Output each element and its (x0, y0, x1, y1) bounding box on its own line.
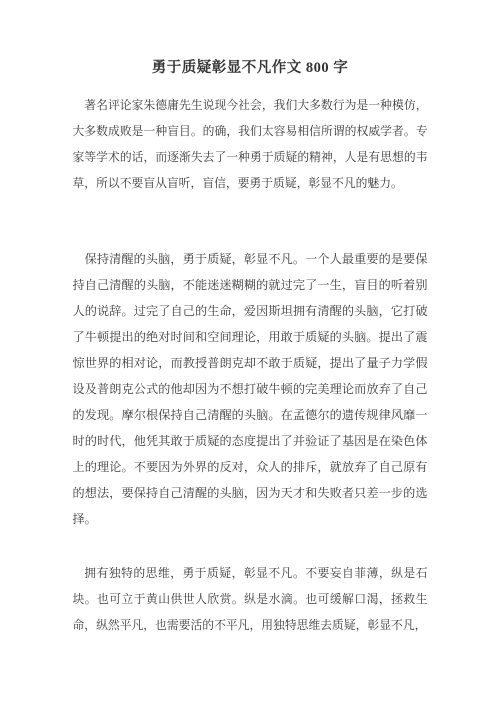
document-page: 勇于质疑彰显不凡作文 800 字 著名评论家朱德庸先生说现今社会，我们大多数行为… (0, 0, 500, 708)
essay-paragraph-body: 保持清醒的头脑，勇于质疑，彰显不凡。一个人最重要的是要保持自己清醒的头脑，不能迷… (73, 246, 428, 532)
document-title: 勇于质疑彰显不凡作文 800 字 (0, 0, 500, 81)
essay-paragraph-intro: 著名评论家朱德庸先生说现今社会，我们大多数行为是一种模仿，大多数成败是一种盲目。… (73, 92, 428, 196)
essay-paragraph-closing: 拥有独特的思维，勇于质疑，彰显不凡。不要妄自菲薄，纵是石块。也可立于黄山供世人欣… (73, 560, 428, 638)
